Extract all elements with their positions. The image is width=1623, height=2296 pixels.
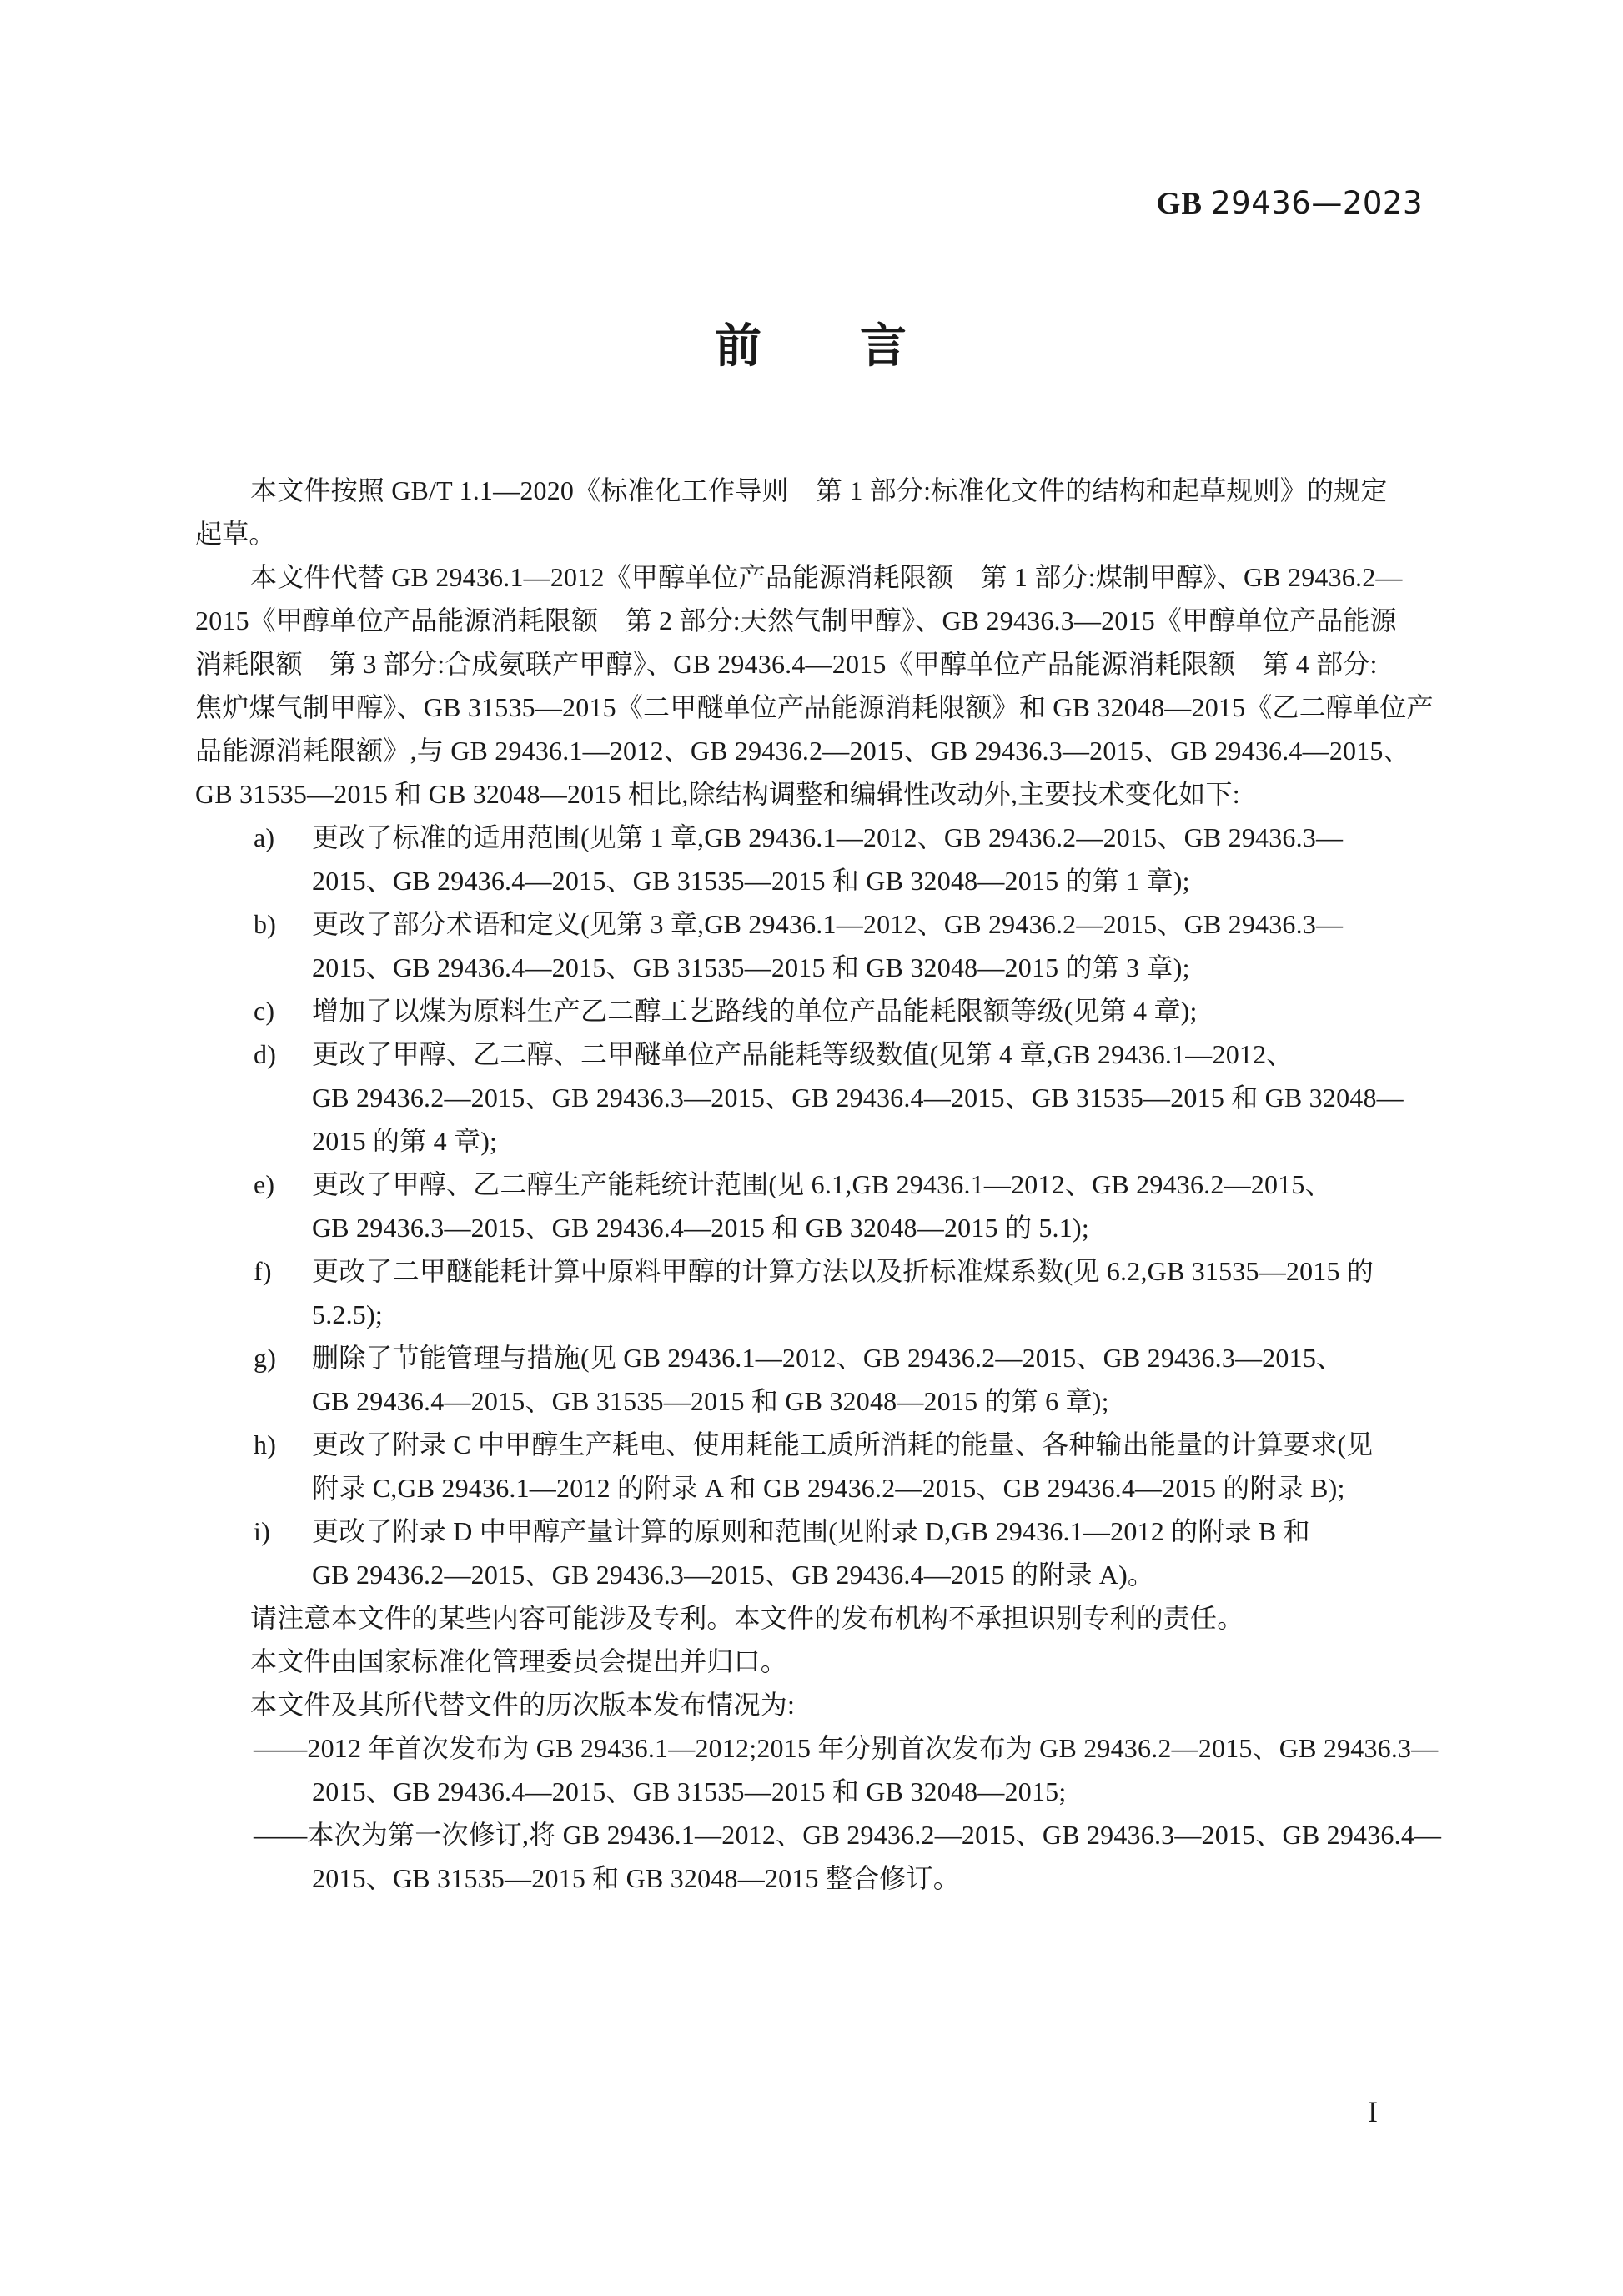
- list-item-line: f) 更改了二甲醚能耗计算中原料甲醇的计算方法以及折标准煤系数(见 6.2,GB…: [195, 1249, 1428, 1293]
- foreword-body: 本文件按照 GB/T 1.1—2020《标准化工作导则 第 1 部分:标准化文件…: [195, 469, 1428, 1900]
- page-title: 前 言: [0, 320, 1623, 374]
- list-marker: c): [254, 989, 274, 1032]
- page-number: I: [1368, 2095, 1378, 2128]
- list-marker: a): [254, 816, 274, 859]
- text-line: 2015、GB 29436.4—2015、GB 31535—2015 和 GB …: [195, 1770, 1428, 1813]
- list-marker: h): [254, 1423, 276, 1466]
- text-line: GB 29436.2—2015、GB 29436.3—2015、GB 29436…: [195, 1076, 1428, 1119]
- list-item-text: 更改了甲醇、乙二醇生产能耗统计范围(见 6.1,GB 29436.1—2012、…: [312, 1169, 1332, 1199]
- text-line: GB 29436.3—2015、GB 29436.4—2015 和 GB 320…: [195, 1206, 1428, 1249]
- text-line: 起草。: [195, 512, 1428, 555]
- standard-code-prefix: GB: [1157, 187, 1203, 221]
- list-item-line: i) 更改了附录 D 中甲醇产量计算的原则和范围(见附录 D,GB 29436.…: [195, 1510, 1428, 1553]
- text-line: 2015、GB 31535—2015 和 GB 32048—2015 整合修订。: [195, 1856, 1428, 1900]
- text-line: 品能源消耗限额》,与 GB 29436.1—2012、GB 29436.2—20…: [195, 729, 1428, 772]
- text-line: 请注意本文件的某些内容可能涉及专利。本文件的发布机构不承担识别专利的责任。: [195, 1596, 1428, 1640]
- list-item-line: b) 更改了部分术语和定义(见第 3 章,GB 29436.1—2012、GB …: [195, 902, 1428, 946]
- list-item-text: 更改了二甲醚能耗计算中原料甲醇的计算方法以及折标准煤系数(见 6.2,GB 31…: [312, 1256, 1374, 1286]
- standard-code: GB29436—2023: [1157, 187, 1423, 221]
- list-marker: i): [254, 1510, 270, 1553]
- list-marker: g): [254, 1336, 276, 1379]
- text-line: 2015、GB 29436.4—2015、GB 31535—2015 和 GB …: [195, 946, 1428, 989]
- text-line: 2015、GB 29436.4—2015、GB 31535—2015 和 GB …: [195, 859, 1428, 902]
- list-item-line: a) 更改了标准的适用范围(见第 1 章,GB 29436.1—2012、GB …: [195, 816, 1428, 859]
- text-line: 本文件代替 GB 29436.1—2012《甲醇单位产品能源消耗限额 第 1 部…: [195, 555, 1428, 599]
- text-line: 焦炉煤气制甲醇》、GB 31535—2015《二甲醚单位产品能源消耗限额》和 G…: [195, 686, 1428, 729]
- list-item-text: 增加了以煤为原料生产乙二醇工艺路线的单位产品能耗限额等级(见第 4 章);: [312, 996, 1198, 1026]
- text-line: 本文件及其所代替文件的历次版本发布情况为:: [195, 1683, 1428, 1726]
- list-item-line: e) 更改了甲醇、乙二醇生产能耗统计范围(见 6.1,GB 29436.1—20…: [195, 1163, 1428, 1206]
- list-marker: f): [254, 1249, 272, 1293]
- list-item-text: 更改了部分术语和定义(见第 3 章,GB 29436.1—2012、GB 294…: [312, 909, 1343, 939]
- text-line: ——本次为第一次修订,将 GB 29436.1—2012、GB 29436.2—…: [195, 1813, 1428, 1856]
- text-line: 本文件由国家标准化管理委员会提出并归口。: [195, 1640, 1428, 1683]
- list-marker: b): [254, 902, 276, 946]
- document-page: GB29436—2023 前 言 本文件按照 GB/T 1.1—2020《标准化…: [0, 0, 1623, 2296]
- text-line: GB 29436.4—2015、GB 31535—2015 和 GB 32048…: [195, 1379, 1428, 1423]
- list-item-line: g) 删除了节能管理与措施(见 GB 29436.1—2012、GB 29436…: [195, 1336, 1428, 1379]
- list-item-line: d) 更改了甲醇、乙二醇、二甲醚单位产品能耗等级数值(见第 4 章,GB 294…: [195, 1032, 1428, 1076]
- list-item-text: 更改了甲醇、乙二醇、二甲醚单位产品能耗等级数值(见第 4 章,GB 29436.…: [312, 1039, 1294, 1069]
- text-line: 2015 的第 4 章);: [195, 1119, 1428, 1163]
- text-line: 附录 C,GB 29436.1—2012 的附录 A 和 GB 29436.2—…: [195, 1466, 1428, 1510]
- text-line: GB 29436.2—2015、GB 29436.3—2015、GB 29436…: [195, 1553, 1428, 1596]
- text-line: ——2012 年首次发布为 GB 29436.1—2012;2015 年分别首次…: [195, 1726, 1428, 1770]
- list-marker: d): [254, 1032, 276, 1076]
- list-item-line: h) 更改了附录 C 中甲醇生产耗电、使用耗能工质所消耗的能量、各种输出能量的计…: [195, 1423, 1428, 1466]
- text-line: GB 31535—2015 和 GB 32048—2015 相比,除结构调整和编…: [195, 772, 1428, 816]
- text-line: 本文件按照 GB/T 1.1—2020《标准化工作导则 第 1 部分:标准化文件…: [195, 469, 1428, 512]
- text-line: 5.2.5);: [195, 1293, 1428, 1336]
- text-line: 2015《甲醇单位产品能源消耗限额 第 2 部分:天然气制甲醇》、GB 2943…: [195, 599, 1428, 642]
- standard-code-number: 29436—2023: [1211, 185, 1423, 221]
- list-item-text: 更改了附录 C 中甲醇生产耗电、使用耗能工质所消耗的能量、各种输出能量的计算要求…: [312, 1429, 1373, 1459]
- list-item-text: 删除了节能管理与措施(见 GB 29436.1—2012、GB 29436.2—…: [312, 1343, 1343, 1373]
- text-line: 消耗限额 第 3 部分:合成氨联产甲醇》、GB 29436.4—2015《甲醇单…: [195, 642, 1428, 686]
- list-item-line: c) 增加了以煤为原料生产乙二醇工艺路线的单位产品能耗限额等级(见第 4 章);: [195, 989, 1428, 1032]
- list-item-text: 更改了附录 D 中甲醇产量计算的原则和范围(见附录 D,GB 29436.1—2…: [312, 1516, 1310, 1546]
- list-item-text: 更改了标准的适用范围(见第 1 章,GB 29436.1—2012、GB 294…: [312, 822, 1343, 852]
- list-marker: e): [254, 1163, 274, 1206]
